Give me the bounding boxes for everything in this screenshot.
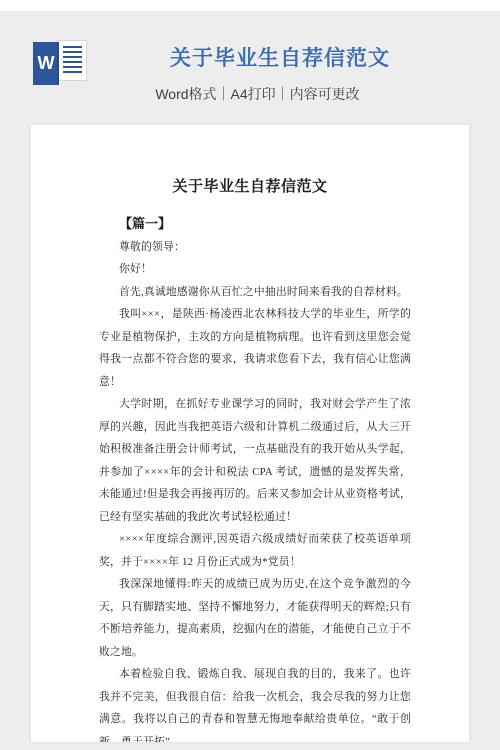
page-subtitle: Word格式｜A4打印｜内容可更改 (15, 84, 500, 104)
salutation-line: 尊敬的领导： (99, 236, 411, 259)
document-body: 【篇一】 尊敬的领导： 你好！ 首先,真诚地感谢你从百忙之中抽出时间来看我的自荐… (31, 213, 469, 743)
paragraph: 本着检验自我、锻炼自我、展现自我的目的，我来了。也许我并不完美，但我很自信：给我… (99, 663, 411, 743)
document-preview-screen: { "header": { "title": "关于毕业生自荐信范文", "su… (0, 0, 500, 750)
word-icon-panel: W (33, 42, 59, 85)
greeting-line: 你好！ (99, 258, 411, 281)
paragraph: 首先,真诚地感谢你从百忙之中抽出时间来看我的自荐材料。 (99, 281, 411, 304)
section-label: 【篇一】 (99, 213, 411, 236)
top-white-strip (0, 0, 500, 11)
word-icon-letter: W (38, 53, 55, 74)
paragraph: 大学时期，在抓好专业课学习的同时，我对财会学产生了浓厚的兴趣，因此当我把英语六级… (99, 393, 411, 528)
document-title: 关于毕业生自荐信范文 (31, 175, 469, 196)
paragraph: 我叫×××，是陕西·杨凌西北农林科技大学的毕业生，所学的专业是植物保护，主攻的方… (99, 303, 411, 393)
paragraph: 我深深地懂得:昨天的成绩已成为历史,在这个竞争激烈的今天，只有脚踏实地、坚持不懈… (99, 573, 411, 663)
paragraph: ××××年度综合测评,因英语六级成绩好而荣获了校英语单项奖，并于××××年 12… (99, 528, 411, 573)
page-title: 关于毕业生自荐信范文 (60, 42, 500, 72)
document-page: 关于毕业生自荐信范文 【篇一】 尊敬的领导： 你好！ 首先,真诚地感谢你从百忙之… (30, 124, 470, 743)
